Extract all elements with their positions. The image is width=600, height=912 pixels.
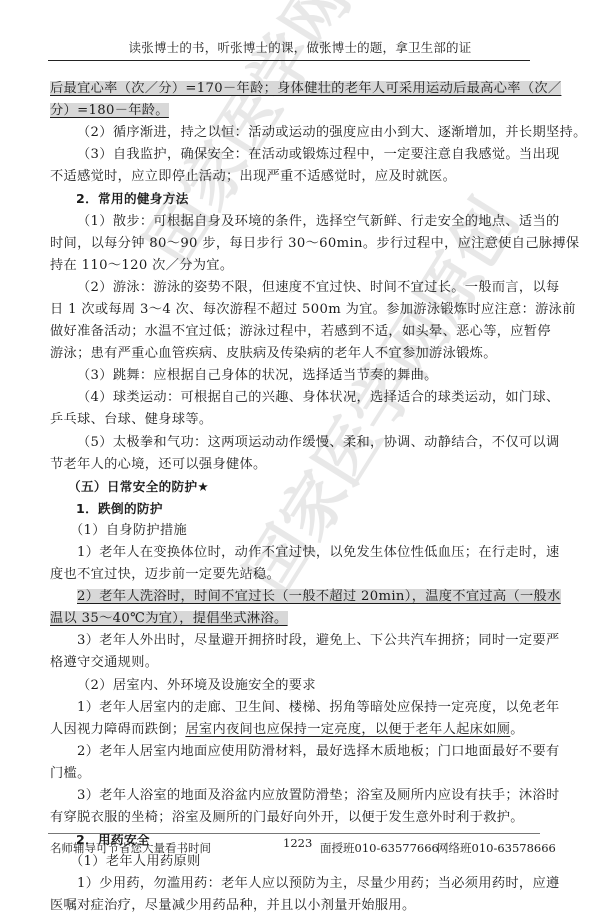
body-line: 1）老年人在变换体位时，动作不宜过快，以免发生体位性低血压；在行走时，速 (50, 542, 540, 564)
body-line: 温以 35～40℃为宜），提倡坐式淋浴。 (50, 608, 540, 630)
chapter-heading: （五）日常安全的防护★ (50, 476, 540, 498)
body-line: （1）散步：可根据自身及环境的条件，选择空气新鲜、行走安全的地点、适当的 (50, 211, 540, 233)
body-line: 日 1 次或每周 3～4 次、每次游程不超过 500m 为宜。参加游泳锻炼时应注… (50, 299, 540, 321)
section-heading: 1．跌倒的防护 (50, 498, 540, 520)
body-line: 1）少用药，勿滥用药：老年人应以预防为主，尽量少用药；当必须用药时，应遵 (50, 873, 540, 895)
body-line: 度也不宜过快，迈步前一定要先站稳。 (50, 564, 540, 586)
body-line: （3）跳舞：应根据自己身体的状况，选择适当节奏的舞曲。 (50, 365, 540, 387)
body-line: 2）老年人洗浴时，时间不宜过长（一般不超过 20min），温度不宜过高（一般水 (50, 586, 540, 608)
footer-divider (48, 833, 540, 834)
highlighted-text: 后最宜心率（次／分）=170－年龄；身体健壮的老年人可采用运动后最高心率（次／ (50, 81, 561, 96)
underlined-text: 居室内夜间也应保持一定亮度，以便于老年人起床如厕 (185, 722, 510, 737)
page-footer: 名师辅导可节省您大量看书时间 1223 面授班010-63577666 网络班0… (50, 840, 540, 858)
body-line: 3）老年人外出时，尽量避开拥挤时段，避免上、下公共汽车拥挤；同时一定要严 (50, 630, 540, 652)
body-line: 3）老年人浴室的地面及浴盆内应放置防滑垫；浴室及厕所内应设有扶手；沐浴时 (50, 785, 540, 807)
body-line: 后最宜心率（次／分）=170－年龄；身体健壮的老年人可采用运动后最高心率（次／ (50, 78, 540, 100)
body-line: 格遵守交通规则。 (50, 652, 540, 674)
footer-online-phone: 网络班010-63578666 (437, 840, 556, 856)
plain-text: 。 (510, 722, 524, 737)
highlighted-text: 2）老年人洗浴时，时间不宜过长（一般不超过 20min），温度不宜过高（一般水 (77, 589, 561, 604)
body-line: 人因视力障碍而跌倒；居室内夜间也应保持一定亮度，以便于老年人起床如厕。 (50, 719, 540, 741)
body-line: 时间，以每分钟 80～90 步，每日步行 30～60min。步行过程中，应注意使… (50, 233, 540, 255)
subsection-heading: （2）居室内、外环境及设施安全的要求 (50, 675, 540, 697)
body-line: 1）老年人居室内的走廊、卫生间、楼梯、拐角等暗处应保持一定亮度，以免老年 (50, 697, 540, 719)
page-header: 读张博士的书，听张博士的课，做张博士的题，拿卫生部的证 (0, 38, 600, 56)
body-line: 分）=180－年龄。 (50, 100, 540, 122)
plain-text: 人因视力障碍而跌倒； (50, 722, 185, 737)
body-line: 2）老年人居室内地面应使用防滑材料，最好选择木质地板；门口地面最好不要有 (50, 741, 540, 763)
highlighted-text: 温以 35～40℃为宜），提倡坐式淋浴。 (50, 611, 288, 626)
body-line: （5）太极拳和气功：这两项运动动作缓慢、柔和，协调、动静结合，不仅可以调 (50, 432, 540, 454)
body-line: 门槛。 (50, 763, 540, 785)
footer-classroom-phone: 面授班010-63577666 (320, 840, 439, 856)
subsection-heading: （1）自身防护措施 (50, 520, 540, 542)
page-number: 1223 (283, 836, 312, 850)
section-heading: 2．常用的健身方法 (50, 188, 540, 210)
body-line: 游泳；患有严重心血管疾病、皮肤病及传染病的老年人不宜参加游泳锻炼。 (50, 343, 540, 365)
body-line: 节老年人的心境，还可以强身健体。 (50, 454, 540, 476)
body-line: 不适感觉时，应立即停止活动；出现严重不适感觉时，应及时就医。 (50, 166, 540, 188)
highlighted-text: 分）=180－年龄。 (50, 103, 169, 118)
body-line: 有穿脱衣服的坐椅；浴室及厕所的门最好向外开，以便于发生意外时利于救护。 (50, 807, 540, 829)
body-line: 持在 110～120 次／分为宜。 (50, 255, 540, 277)
page-body: 后最宜心率（次／分）=170－年龄；身体健壮的老年人可采用运动后最高心率（次／ … (50, 78, 540, 912)
body-line: 做好准备活动；水温不宜过低；游泳过程中，若感到不适，如头晕、恶心等，应暂停 (50, 321, 540, 343)
body-line: （2）游泳：游泳的姿势不限，但速度不宜过快、时间不宜过长。一般而言，以每 (50, 277, 540, 299)
body-line: 医嘱对症治疗，尽量减少用药品种，并且以小剂量开始服用。 (50, 895, 540, 912)
body-line: （2）循序渐进，持之以恒：活动或运动的强度应由小到大、逐渐增加，并长期坚持。 (50, 122, 540, 144)
footer-tagline: 名师辅导可节省您大量看书时间 (50, 840, 211, 856)
body-line: 乒乓球、台球、健身球等。 (50, 409, 540, 431)
document-page: 国家医学网原创 国家医学网原创 读张博士的书，听张博士的课，做张博士的题，拿卫生… (0, 0, 600, 912)
header-divider (48, 60, 530, 61)
body-line: （4）球类运动：可根据自己的兴趣、身体状况，选择适合的球类运动，如门球、 (50, 387, 540, 409)
body-line: （3）自我监护，确保安全：在活动或锻炼过程中，一定要注意自我感觉。当出现 (50, 144, 540, 166)
